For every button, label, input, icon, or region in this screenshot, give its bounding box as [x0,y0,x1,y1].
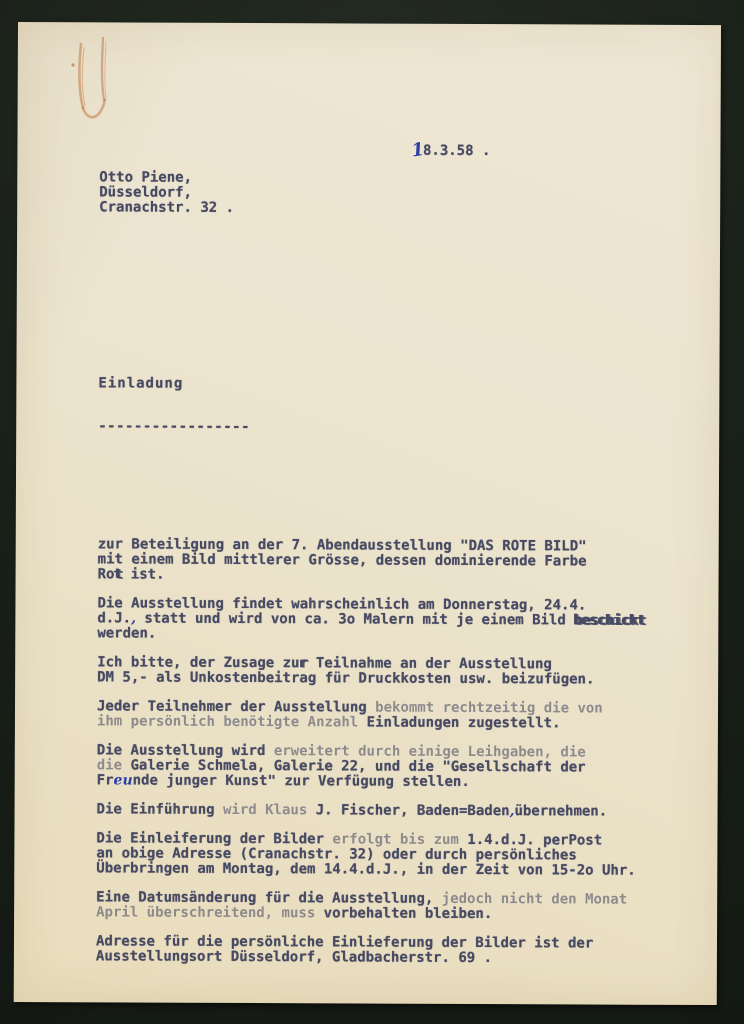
text-segment: statt und wird von ca. 3o Malern mit je … [136,611,574,629]
text-segment: ihm persönlich benötigte Anzahl [97,713,367,730]
text-segment: Überbringen am Montag, dem 14.4.d.J., in… [96,860,636,878]
text-line: Freunde junger Kunst" zur Verfügung stel… [97,773,677,791]
paragraph: Die Einführung wird Klaus J. Fischer, Ba… [97,802,677,820]
text-segment: wird Klaus [223,802,307,818]
sender-address: Otto Piene,Düsseldorf,Cranachstr. 32 . [99,170,679,218]
handwritten-date-digit: 1 [411,142,425,159]
heading-title: Einladung [98,376,678,394]
text-segment: erfolgt bis zum [332,831,459,848]
text-segment: Einladungen zugestellt. [367,715,561,732]
letter-header: Otto Piene,Düsseldorf,Cranachstr. 32 . 1… [99,140,680,263]
paragraph: Eine Datumsänderung für die Ausstellung,… [96,890,676,923]
letter-content: Otto Piene,Düsseldorf,Cranachstr. 32 . 1… [14,22,680,1024]
typed-date: 8.3.58 . [423,143,491,159]
text-segment: mit einem Bild mittlerer Grösse, dessen … [98,551,587,569]
text-line: Die Einführung wird Klaus J. Fischer, Ba… [97,802,677,820]
letter-heading: Einladung ----------------- [98,346,678,464]
text-segment: Die Einführung [97,801,224,818]
text-segment: die [97,757,131,773]
text-line: April überschreitend, muss vorbehalten b… [96,905,676,923]
sender-line: Cranachstr. 32 . [99,200,679,218]
paragraph: Adresse für die persönliche Einlieferung… [96,934,676,967]
text-segment: ist. [122,566,164,582]
paragraph: Jeder Teilnehmer der Ausstellung bekommt… [97,699,677,732]
paragraph: Ich bitte, der Zusage zur Teilnahme an d… [97,655,677,688]
paragraph: Die Ausstellung findet wahrscheinlich am… [97,596,677,644]
date-line: 18.3.58 . [411,142,490,159]
paragraph: Die Einleiferung der Bilder erfolgt bis … [96,831,676,879]
text-line: d.J., statt und wird von ca. 3o Malern m… [97,611,677,629]
handwritten-correction: eu [114,772,133,788]
text-segment: übernehmen. [514,803,607,819]
text-segment: April überschreitend, muss [96,904,324,921]
text-line: werden. [97,626,677,644]
text-segment: nde junger Kunst" zur Verfügung stellen. [133,773,470,790]
text-segment: Ro [98,566,115,582]
letter-body: zur Beteiligung an der 7. Abendausstellu… [96,537,678,967]
text-line: DM 5,- als Unkostenbeitrag für Druckkost… [97,670,677,688]
text-segment: J. Fischer, Baden=Baden [307,802,509,819]
text-segment: beschickt [574,612,645,628]
paragraph: zur Beteiligung an der 7. Abendausstellu… [98,537,678,585]
paragraph: Die Ausstellung wird erweitert durch ein… [97,743,677,791]
text-segment: werden. [97,625,156,641]
text-line: Überbringen am Montag, dem 14.4.d.J., in… [96,861,676,879]
text-segment: d.J. [97,610,131,626]
text-line: Ausstellungsort Düsseldorf, Gladbacherst… [96,949,676,967]
text-line: mit einem Bild mittlerer Grösse, dessen … [98,552,678,570]
text-line: Rot ist. [98,567,678,585]
text-segment: t [114,566,122,582]
text-segment: Ausstellungsort Düsseldorf, Gladbacherst… [96,948,492,966]
text-segment: Fr [97,772,114,788]
scanned-letter: Otto Piene,Düsseldorf,Cranachstr. 32 . 1… [0,0,744,1024]
text-line: ihm persönlich benötigte Anzahl Einladun… [97,714,677,732]
text-segment: vorbehalten bleiben. [324,905,493,922]
text-segment: DM 5,- als Unkostenbeitrag für Druckkost… [97,669,594,687]
heading-underline: ----------------- [98,421,678,434]
letter-paper: Otto Piene,Düsseldorf,Cranachstr. 32 . 1… [14,22,721,1005]
